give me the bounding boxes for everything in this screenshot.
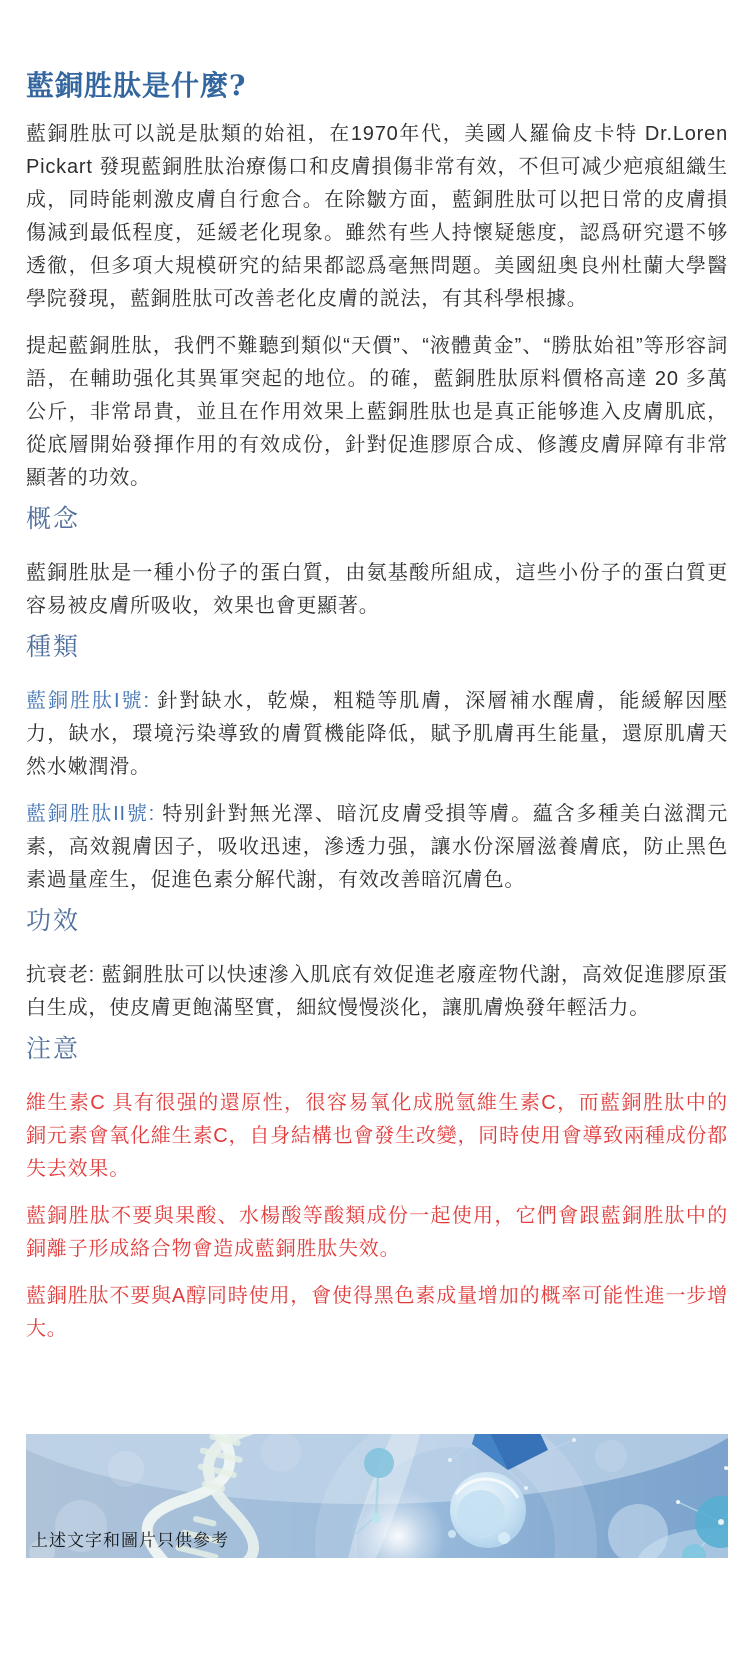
caution-paragraph-1: 維生素C 具有很强的還原性，很容易氧化成脱氫維生素C，而藍銅胜肽中的銅元素會氧化…	[26, 1087, 728, 1186]
article: 藍銅胜肽是什麼? 藍銅胜肽可以説是肽類的始祖，在1970年代，美國人羅倫皮卡特 …	[0, 68, 752, 1346]
section-heading-caution: 注意	[26, 1033, 728, 1065]
section-heading-concept: 概念	[26, 503, 728, 535]
efficacy-paragraph: 抗衰老: 藍銅胜肽可以快速滲入肌底有效促進老廢産物代謝，高效促進膠原蛋白生成，使…	[26, 959, 728, 1025]
section-heading-types: 種類	[26, 631, 728, 663]
image-caption: 上述文字和圖片只供參考	[31, 1526, 229, 1551]
type-1-label: 藍銅胜肽I號:	[26, 690, 150, 712]
type-2-paragraph: 藍銅胜肽II號: 特别針對無光澤、暗沉皮膚受損等膚。藴含多種美白滋潤元素，高效親…	[26, 798, 728, 897]
intro-paragraph-1: 藍銅胜肽可以説是肽類的始祖，在1970年代，美國人羅倫皮卡特 Dr.Loren …	[26, 118, 728, 316]
intro-paragraph-2: 提起藍銅胜肽，我們不難聽到類似“天價”、“液體黄金”、“勝肽始祖”等形容詞語，在…	[26, 330, 728, 495]
caution-paragraph-2: 藍銅胜肽不要與果酸、水楊酸等酸類成份一起使用，它們會跟藍銅胜肽中的銅離子形成絡合…	[26, 1200, 728, 1266]
page-title: 藍銅胜肽是什麼?	[26, 68, 728, 104]
concept-paragraph: 藍銅胜肽是一種小份子的蛋白質，由氨基酸所組成，這些小份子的蛋白質更容易被皮膚所吸…	[26, 557, 728, 623]
type-2-label: 藍銅胜肽II號:	[26, 803, 155, 825]
footer-image: 上述文字和圖片只供參考	[26, 1434, 728, 1558]
caution-paragraph-3: 藍銅胜肽不要與A醇同時使用，會使得黑色素成量增加的概率可能性進一步增大。	[26, 1280, 728, 1346]
section-heading-efficacy: 功效	[26, 905, 728, 937]
type-1-paragraph: 藍銅胜肽I號: 針對缺水，乾燥，粗糙等肌膚，深層補水醒膚，能緩解因壓力，缺水，環…	[26, 685, 728, 784]
